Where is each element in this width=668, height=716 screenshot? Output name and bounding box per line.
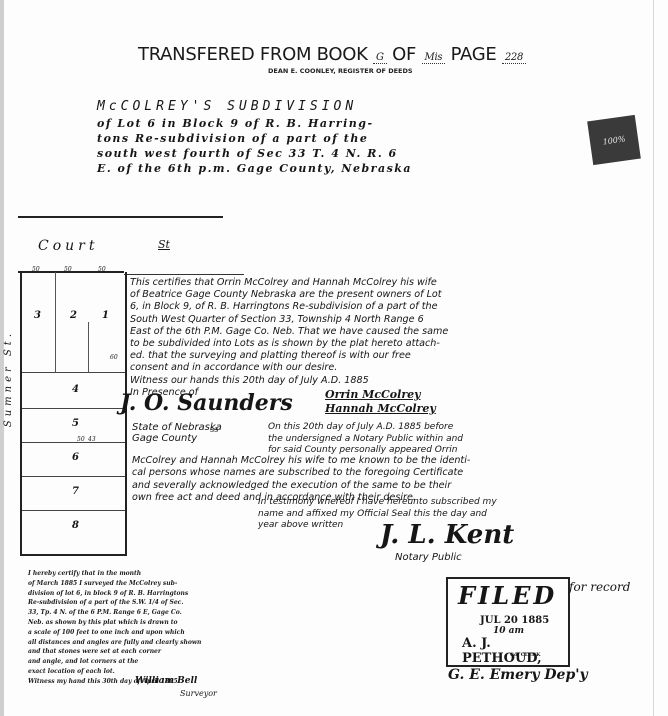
dimension-label: 50 [32, 266, 40, 273]
testimony-line: In testimony whereof I have hereunto sub… [258, 497, 558, 509]
stamp-filed: FILED [458, 581, 557, 610]
certificate-line: of Beatrice Gage County Nebraska are the… [130, 289, 570, 301]
description-line: E. of the 6th p.m. Gage County, Nebraska [97, 161, 437, 176]
surveyor-signature: William Bell [135, 676, 197, 686]
certificate-line: 6, in Block 9, of R. B. Harringtons Re-s… [130, 301, 570, 313]
zoom-badge: 100% [587, 115, 641, 165]
lot-number: 2 [70, 310, 77, 321]
venue-state: State of Nebraska [132, 422, 222, 433]
description-line: of Lot 6 in Block 9 of R. B. Harring- [97, 116, 437, 131]
surveyor-line: 33, Tp. 4 N. of the 6 P.M. Range 6 E, Ga… [28, 608, 218, 618]
lot-number: 5 [72, 418, 79, 429]
certificate-line: This certifies that Orrin McColrey and H… [130, 277, 570, 289]
deputy-signature: G. E. Emery Dep'y [448, 667, 588, 683]
surveyor-line: Re-subdivision of a part of the S.W. 1/4… [28, 598, 218, 608]
surveyor-certificate: I hereby certify that in the month of Ma… [28, 569, 218, 687]
certificate-line: South West Quarter of Section 33, Townsh… [130, 314, 570, 326]
header-of: OF [392, 44, 416, 65]
stamp-clerk: A. J. PETHOUD, [462, 636, 568, 666]
acknowledgment-line: cal persons whose names are subscribed t… [132, 467, 572, 479]
surveyor-line: all distances and angles are fully and c… [28, 638, 218, 648]
lot-number: 7 [72, 486, 79, 497]
for-record-note: for record [569, 580, 630, 594]
street-line-top [18, 216, 223, 218]
scan-fold-line [653, 0, 654, 716]
lot-number: 6 [72, 452, 79, 463]
stamp-date: JUL 20 1885 [480, 615, 549, 626]
certificate-line: ed. that the surveying and platting ther… [130, 350, 570, 362]
dimension-label: 50 [98, 266, 106, 273]
owner-signature: Hannah McColrey [325, 402, 436, 415]
header-page-value: 228 [502, 52, 526, 64]
filed-stamp: FILED JUL 20 1885 10 am A. J. PETHOUD, C… [446, 577, 570, 667]
owner-signature: Orrin McColrey [325, 388, 421, 401]
transfer-header: TRANSFERED FROM BOOK G OF Mis PAGE 228 [138, 44, 526, 65]
surveyor-line: of March 1885 I surveyed the McColrey su… [28, 579, 218, 589]
street-label-court: Court [38, 238, 98, 254]
certificate-line: consent and in accordance with our desir… [130, 362, 570, 374]
plat-map: 3 2 1 4 5 6 7 8 50 50 50 60 50 43 [20, 272, 127, 556]
lot-divider [22, 476, 125, 477]
header-page: PAGE [451, 44, 497, 65]
register-of-deeds: DEAN E. COONLEY, REGISTER OF DEEDS [268, 67, 413, 75]
surveyor-line: Neb. as shown by this plat which is draw… [28, 618, 218, 628]
lot-divider [22, 442, 125, 443]
lot-divider [22, 372, 125, 373]
owner-certificate: This certifies that Orrin McColrey and H… [130, 277, 570, 399]
subdivision-title: McCOLREY'S SUBDIVISION [97, 99, 357, 114]
dimension-label: 50 [64, 266, 72, 273]
lot-divider [55, 272, 56, 372]
surveyor-line: and that stones were set at each corner [28, 647, 218, 657]
street-line-bottom [124, 274, 244, 275]
acknowledgment-line: McColrey and Hannah McColrey his wife to… [132, 455, 572, 467]
venue-county: Gage County [132, 433, 222, 444]
witness-signature: J. O. Saunders [120, 390, 293, 416]
testimony-line: name and affixed my Official Seal this t… [258, 509, 558, 521]
surveyor-line: a scale of 100 feet to one inch and upon… [28, 628, 218, 638]
header-book: G [373, 52, 387, 64]
dimension-label: 50 [77, 436, 85, 443]
lot-number: 8 [72, 520, 79, 531]
stamp-time: 10 am [493, 626, 524, 636]
acknowledgment-line: the undersigned a Notary Public within a… [268, 434, 568, 446]
lot-number: 4 [72, 384, 79, 395]
acknowledgment-line: On this 20th day of July A.D. 1885 befor… [268, 422, 568, 434]
description-line: south west fourth of Sec 33 T. 4 N. R. 6 [97, 146, 437, 161]
header-prefix: TRANSFERED FROM BOOK [138, 44, 368, 65]
acknowledgment-line: and severally acknowledged the execution… [132, 480, 572, 492]
header-of-value: Mis [422, 52, 446, 64]
dimension-label: 60 [110, 354, 118, 361]
certificate-line: Witness our hands this 20th day of July … [130, 375, 570, 387]
surveyor-line: I hereby certify that in the month [28, 569, 218, 579]
acknowledgment-intro: On this 20th day of July A.D. 1885 befor… [268, 422, 568, 457]
street-label-st: St [158, 238, 170, 251]
notary-signature: J. L. Kent [380, 520, 514, 550]
certificate-line: East of the 6th P.M. Gage Co. Neb. That … [130, 326, 570, 338]
venue: State of Nebraska Gage County [132, 422, 222, 444]
street-label-sumner: Sumner St. [3, 330, 14, 427]
ss-mark: ss [210, 425, 218, 434]
certificate-line: to be subdivided into Lots as is shown b… [130, 338, 570, 350]
description-line: tons Re-subdivision of a part of the [97, 131, 437, 146]
stamp-clerk-title: Co. CLERK [510, 652, 541, 658]
lot-divider [22, 510, 125, 511]
lot-number: 3 [34, 310, 41, 321]
lot-divider [88, 322, 89, 372]
dimension-label: 43 [88, 436, 96, 443]
surveyor-line: and angle, and lot corners at the [28, 657, 218, 667]
surveyor-line: division of lot 6, in block 9 of R. B. H… [28, 589, 218, 599]
surveyor-label: Surveyor [180, 689, 217, 698]
notary-label: Notary Public [395, 552, 462, 563]
subdivision-description: of Lot 6 in Block 9 of R. B. Harring- to… [97, 116, 437, 176]
lot-divider [22, 408, 125, 409]
lot-number: 1 [102, 310, 109, 321]
